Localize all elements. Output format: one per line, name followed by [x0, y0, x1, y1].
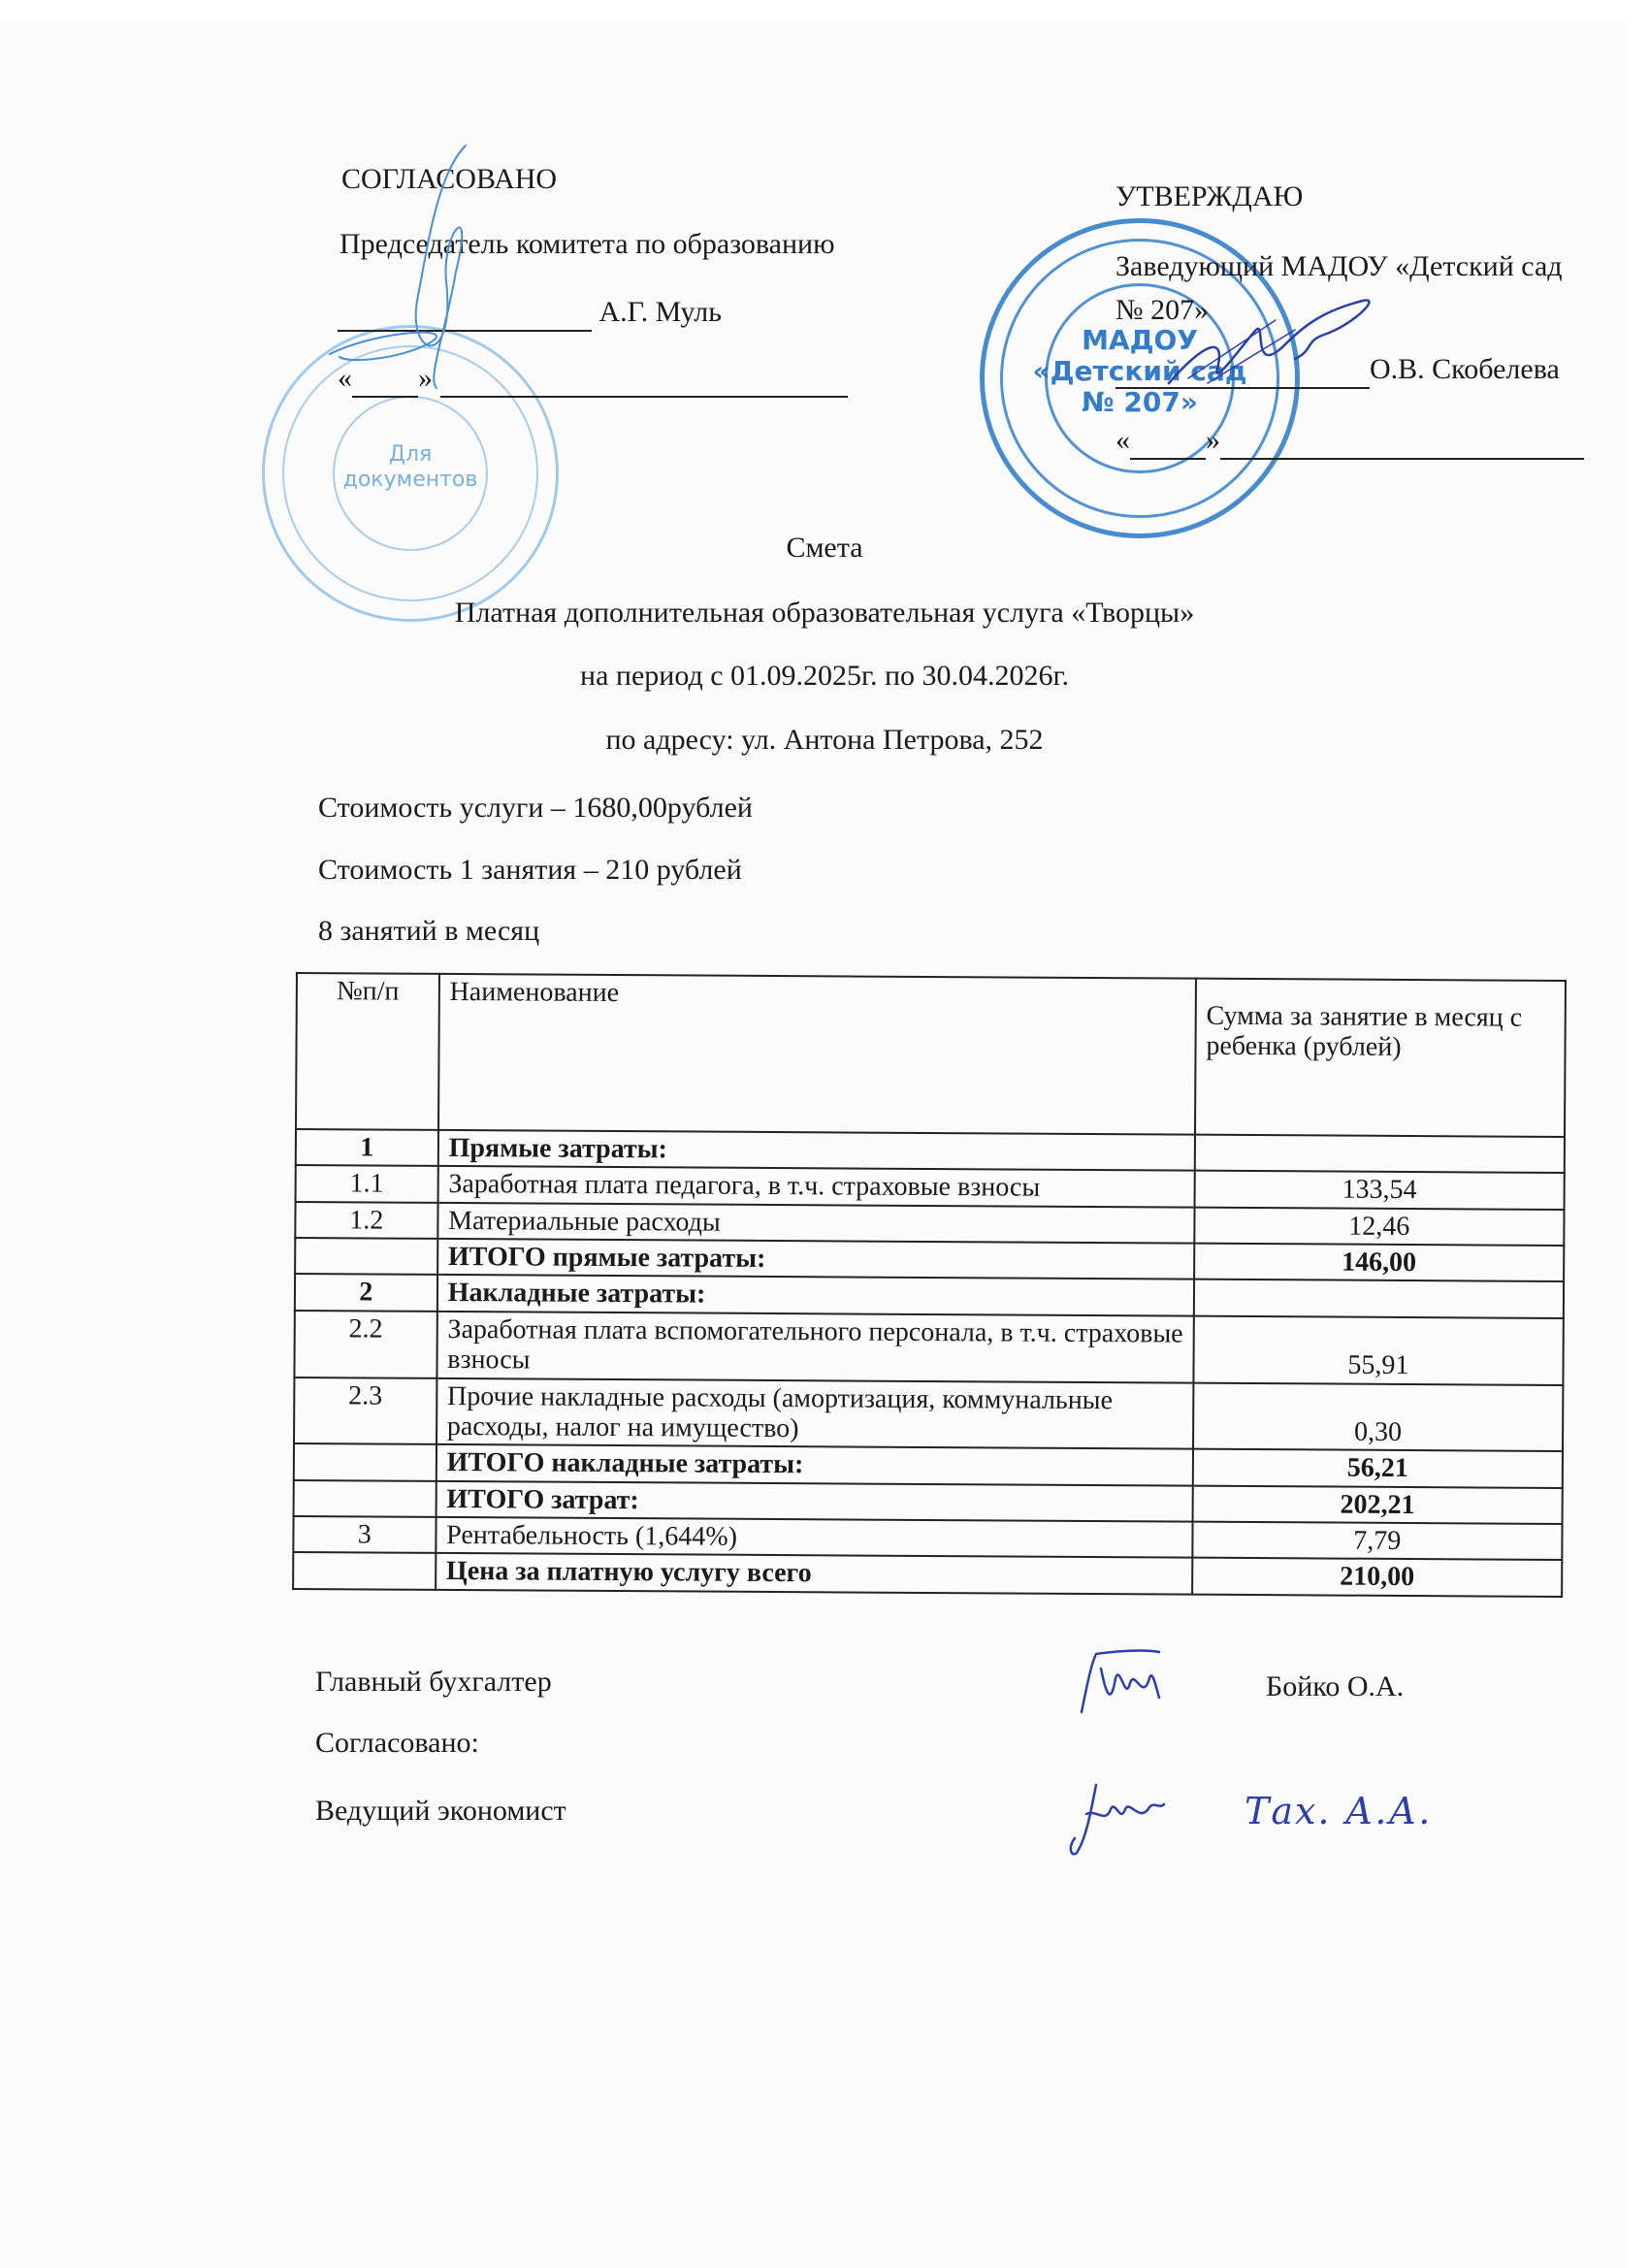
chief-accountant-name: Бойко О.А. [1266, 1670, 1404, 1704]
economist-handwritten-name: Тах. А.А. [1245, 1790, 1432, 1832]
table-body: 1Прямые затраты:1.1Заработная плата педа… [293, 1129, 1565, 1597]
row-name: Цена за платную услугу всего [436, 1553, 1192, 1594]
economist-label: Ведущий экономист [315, 1795, 566, 1829]
row-number: 2.3 [294, 1377, 436, 1445]
row-sum [1195, 1135, 1565, 1174]
row-number [294, 1480, 436, 1517]
header-name: Наименование [438, 974, 1196, 1135]
signature-boyko-icon [1067, 1649, 1183, 1717]
approval-right-signatory: О.В. Скобелева [1370, 353, 1560, 385]
row-name: Прочие накладные расходы (амортизация, к… [436, 1377, 1194, 1448]
service-cost: Стоимость услуги – 1680,00рублей [318, 792, 753, 826]
row-name: Заработная плата вспомогательного персон… [436, 1312, 1194, 1382]
header-sum: Сумма за занятие в месяц с ребенка (рубл… [1195, 979, 1566, 1137]
row-number [294, 1443, 436, 1480]
row-number: 1 [296, 1129, 438, 1166]
period-line: на период с 01.09.2025г. по 30.04.2026г. [0, 660, 1649, 693]
row-name: ИТОГО затрат: [436, 1480, 1192, 1521]
service-title: Платная дополнительная образовательная у… [0, 597, 1649, 630]
row-number [295, 1238, 437, 1275]
row-sum: 55,91 [1193, 1315, 1564, 1384]
lessons-per-month: 8 занятий в месяц [318, 915, 539, 949]
date-month-blank [1220, 424, 1584, 460]
stamp-center-line2: документов [265, 468, 556, 493]
row-sum: 133,54 [1194, 1171, 1564, 1210]
row-name: Накладные затраты: [437, 1275, 1194, 1315]
chief-accountant-label: Главный бухгалтер [315, 1666, 552, 1700]
row-number: 3 [293, 1516, 436, 1553]
row-number: 2.2 [294, 1311, 436, 1378]
signature-mul-icon [320, 136, 553, 407]
table-header-row: №п/п Наименование Сумма за занятие в мес… [296, 973, 1566, 1137]
agreed-label: Согласовано: [315, 1727, 479, 1761]
approval-right-date-line: « » [1115, 424, 1584, 460]
row-sum [1194, 1280, 1564, 1318]
row-name: ИТОГО накладные затраты: [436, 1444, 1193, 1485]
signature-economist-icon [1067, 1780, 1174, 1858]
row-sum: 0,30 [1193, 1382, 1564, 1451]
cost-estimate-table: №п/п Наименование Сумма за занятие в мес… [292, 972, 1567, 1598]
signature-skobeleva-icon [1159, 291, 1382, 398]
row-sum: 7,79 [1192, 1522, 1562, 1561]
table-row: 2.3Прочие накладные расходы (амортизация… [294, 1377, 1563, 1452]
table-row: Цена за платную услугу всего210,00 [293, 1552, 1562, 1596]
stamp-center-line1: Для [265, 442, 556, 468]
table-row: 2.2Заработная плата вспомогательного пер… [294, 1311, 1563, 1385]
row-number: 1.2 [295, 1202, 437, 1239]
address-line: по адресу: ул. Антона Петрова, 252 [0, 724, 1649, 757]
row-name: Заработная плата педагога, в т.ч. страхо… [437, 1166, 1194, 1207]
row-number: 2 [295, 1274, 437, 1311]
row-number [293, 1552, 436, 1589]
row-sum: 12,46 [1194, 1207, 1564, 1246]
row-sum: 56,21 [1193, 1449, 1563, 1488]
approval-right-position-line1: Заведующий МАДОУ «Детский сад [1115, 250, 1563, 284]
approval-left-signatory: А.Г. Муль [599, 296, 722, 328]
approval-right-heading: УТВЕРЖДАЮ [1115, 180, 1303, 214]
lesson-cost: Стоимость 1 занятия – 210 рублей [318, 854, 742, 888]
row-name: Рентабельность (1,644%) [436, 1517, 1192, 1558]
header-num: №п/п [296, 973, 439, 1130]
row-sum: 210,00 [1192, 1558, 1562, 1597]
row-name: ИТОГО прямые затраты: [437, 1239, 1194, 1280]
doc-type-title: Смета [0, 532, 1649, 565]
row-name: Прямые затраты: [438, 1130, 1195, 1171]
date-day-blank [1130, 424, 1206, 460]
row-number: 1.1 [296, 1165, 438, 1202]
row-sum: 146,00 [1194, 1244, 1564, 1282]
row-name: Материальные расходы [437, 1203, 1194, 1244]
row-sum: 202,21 [1192, 1485, 1562, 1524]
